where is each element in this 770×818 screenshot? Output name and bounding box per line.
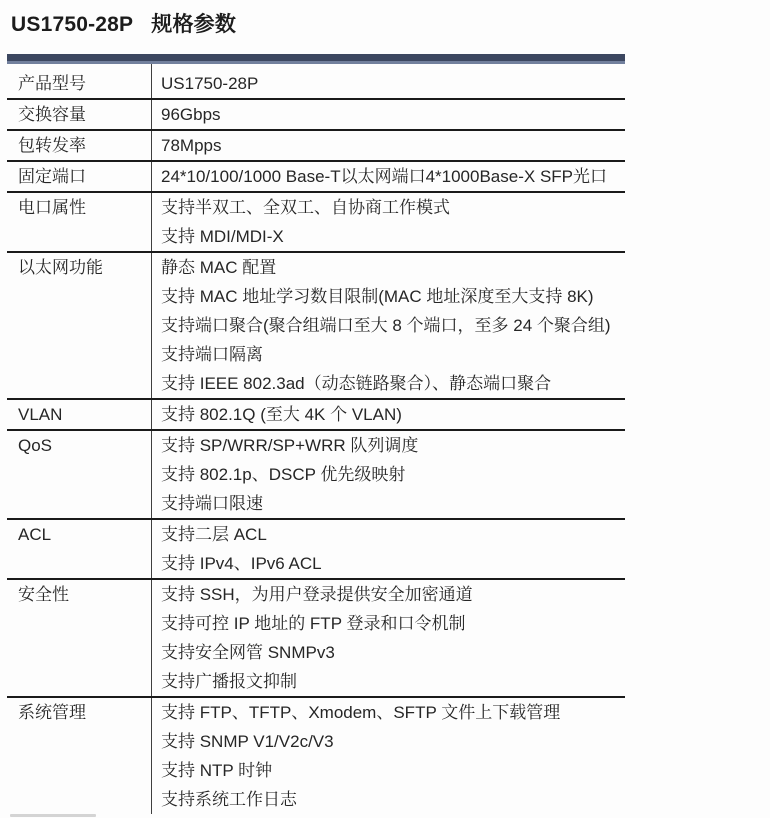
spec-row-values: 78Mpps	[151, 131, 625, 160]
spec-row-values: 支持二层 ACL 支持 IPv4、IPv6 ACL	[151, 520, 625, 578]
table-row: 固定端口 24*10/100/1000 Base-T以太网端口4*1000Bas…	[7, 162, 625, 193]
spec-row-label: 交换容量	[7, 100, 151, 129]
spec-value-line: 支持 SP/WRR/SP+WRR 队列调度	[161, 431, 625, 460]
table-row: VLAN 支持 802.1Q (至大 4K 个 VLAN)	[7, 400, 625, 431]
spec-value-line: 支持端口限速	[161, 489, 625, 518]
table-row: ACL 支持二层 ACL 支持 IPv4、IPv6 ACL	[7, 520, 625, 580]
spec-value-line: 静态 MAC 配置	[161, 253, 625, 282]
table-row: 产品型号 US1750-28P	[7, 64, 625, 100]
spec-row-label: VLAN	[7, 400, 151, 429]
spec-value-line: 支持端口聚合(聚合组端口至大 8 个端口，至多 24 个聚合组)	[161, 311, 625, 340]
page-subtitle: 规格参数	[151, 13, 236, 36]
spec-value-line: 支持 FTP、TFTP、Xmodem、SFTP 文件上下载管理	[161, 698, 625, 727]
spec-value-line: US1750-28P	[161, 69, 625, 98]
spec-row-values: 支持 802.1Q (至大 4K 个 VLAN)	[151, 400, 625, 429]
spec-page: US1750-28P规格参数 产品型号 US1750-28P 交换容量 96Gb…	[0, 0, 770, 818]
spec-value-line: 支持 802.1p、DSCP 优先级映射	[161, 460, 625, 489]
spec-value-line: 24*10/100/1000 Base-T以太网端口4*1000Base-X S…	[161, 162, 625, 191]
table-row: QoS 支持 SP/WRR/SP+WRR 队列调度 支持 802.1p、DSCP…	[7, 431, 625, 520]
cutoff-next-section-bar	[10, 814, 96, 817]
spec-row-label: ACL	[7, 520, 151, 578]
table-row: 系统管理 支持 FTP、TFTP、Xmodem、SFTP 文件上下载管理 支持 …	[7, 698, 625, 814]
spec-row-label: 系统管理	[7, 698, 151, 814]
page-title: US1750-28P规格参数	[11, 8, 236, 38]
spec-row-label: 固定端口	[7, 162, 151, 191]
spec-row-values: 支持 SP/WRR/SP+WRR 队列调度 支持 802.1p、DSCP 优先级…	[151, 431, 625, 518]
spec-value-line: 支持端口隔离	[161, 340, 625, 369]
spec-table: 产品型号 US1750-28P 交换容量 96Gbps 包转发率 78Mpps …	[7, 54, 625, 814]
spec-value-line: 支持可控 IP 地址的 FTP 登录和口令机制	[161, 609, 625, 638]
spec-value-line: 支持 SNMP V1/V2c/V3	[161, 727, 625, 756]
spec-value-line: 支持 802.1Q (至大 4K 个 VLAN)	[161, 400, 625, 429]
spec-value-line: 支持 SSH，为用户登录提供安全加密通道	[161, 580, 625, 609]
product-model: US1750-28P	[11, 13, 133, 36]
table-row: 包转发率 78Mpps	[7, 131, 625, 162]
spec-value-line: 支持二层 ACL	[161, 520, 625, 549]
spec-row-values: 支持半双工、全双工、自协商工作模式 支持 MDI/MDI-X	[151, 193, 625, 251]
spec-value-line: 支持 NTP 时钟	[161, 756, 625, 785]
spec-value-line: 支持 MDI/MDI-X	[161, 222, 625, 251]
spec-value-line: 支持安全网管 SNMPv3	[161, 638, 625, 667]
table-row: 以太网功能 静态 MAC 配置 支持 MAC 地址学习数目限制(MAC 地址深度…	[7, 253, 625, 400]
spec-value-line: 96Gbps	[161, 100, 625, 129]
spec-value-line: 支持半双工、全双工、自协商工作模式	[161, 193, 625, 222]
spec-row-values: 24*10/100/1000 Base-T以太网端口4*1000Base-X S…	[151, 162, 625, 191]
spec-row-label: QoS	[7, 431, 151, 518]
spec-row-label: 安全性	[7, 580, 151, 696]
spec-row-label: 以太网功能	[7, 253, 151, 398]
table-row: 交换容量 96Gbps	[7, 100, 625, 131]
spec-value-line: 支持广播报文抑制	[161, 667, 625, 696]
table-header-bar	[7, 54, 625, 64]
spec-value-line: 支持 MAC 地址学习数目限制(MAC 地址深度至大支持 8K)	[161, 282, 625, 311]
table-row: 电口属性 支持半双工、全双工、自协商工作模式 支持 MDI/MDI-X	[7, 193, 625, 253]
spec-row-values: 支持 SSH，为用户登录提供安全加密通道 支持可控 IP 地址的 FTP 登录和…	[151, 580, 625, 696]
spec-row-values: 支持 FTP、TFTP、Xmodem、SFTP 文件上下载管理 支持 SNMP …	[151, 698, 625, 814]
spec-row-values: US1750-28P	[151, 64, 625, 98]
spec-row-label: 产品型号	[7, 64, 151, 98]
spec-value-line: 支持系统工作日志	[161, 785, 625, 814]
table-row: 安全性 支持 SSH，为用户登录提供安全加密通道 支持可控 IP 地址的 FTP…	[7, 580, 625, 698]
spec-value-line: 支持 IPv4、IPv6 ACL	[161, 549, 625, 578]
spec-row-label: 电口属性	[7, 193, 151, 251]
spec-row-label: 包转发率	[7, 131, 151, 160]
spec-value-line: 支持 IEEE 802.3ad（动态链路聚合）、静态端口聚合	[161, 369, 625, 398]
spec-row-values: 静态 MAC 配置 支持 MAC 地址学习数目限制(MAC 地址深度至大支持 8…	[151, 253, 625, 398]
spec-row-values: 96Gbps	[151, 100, 625, 129]
spec-value-line: 78Mpps	[161, 131, 625, 160]
